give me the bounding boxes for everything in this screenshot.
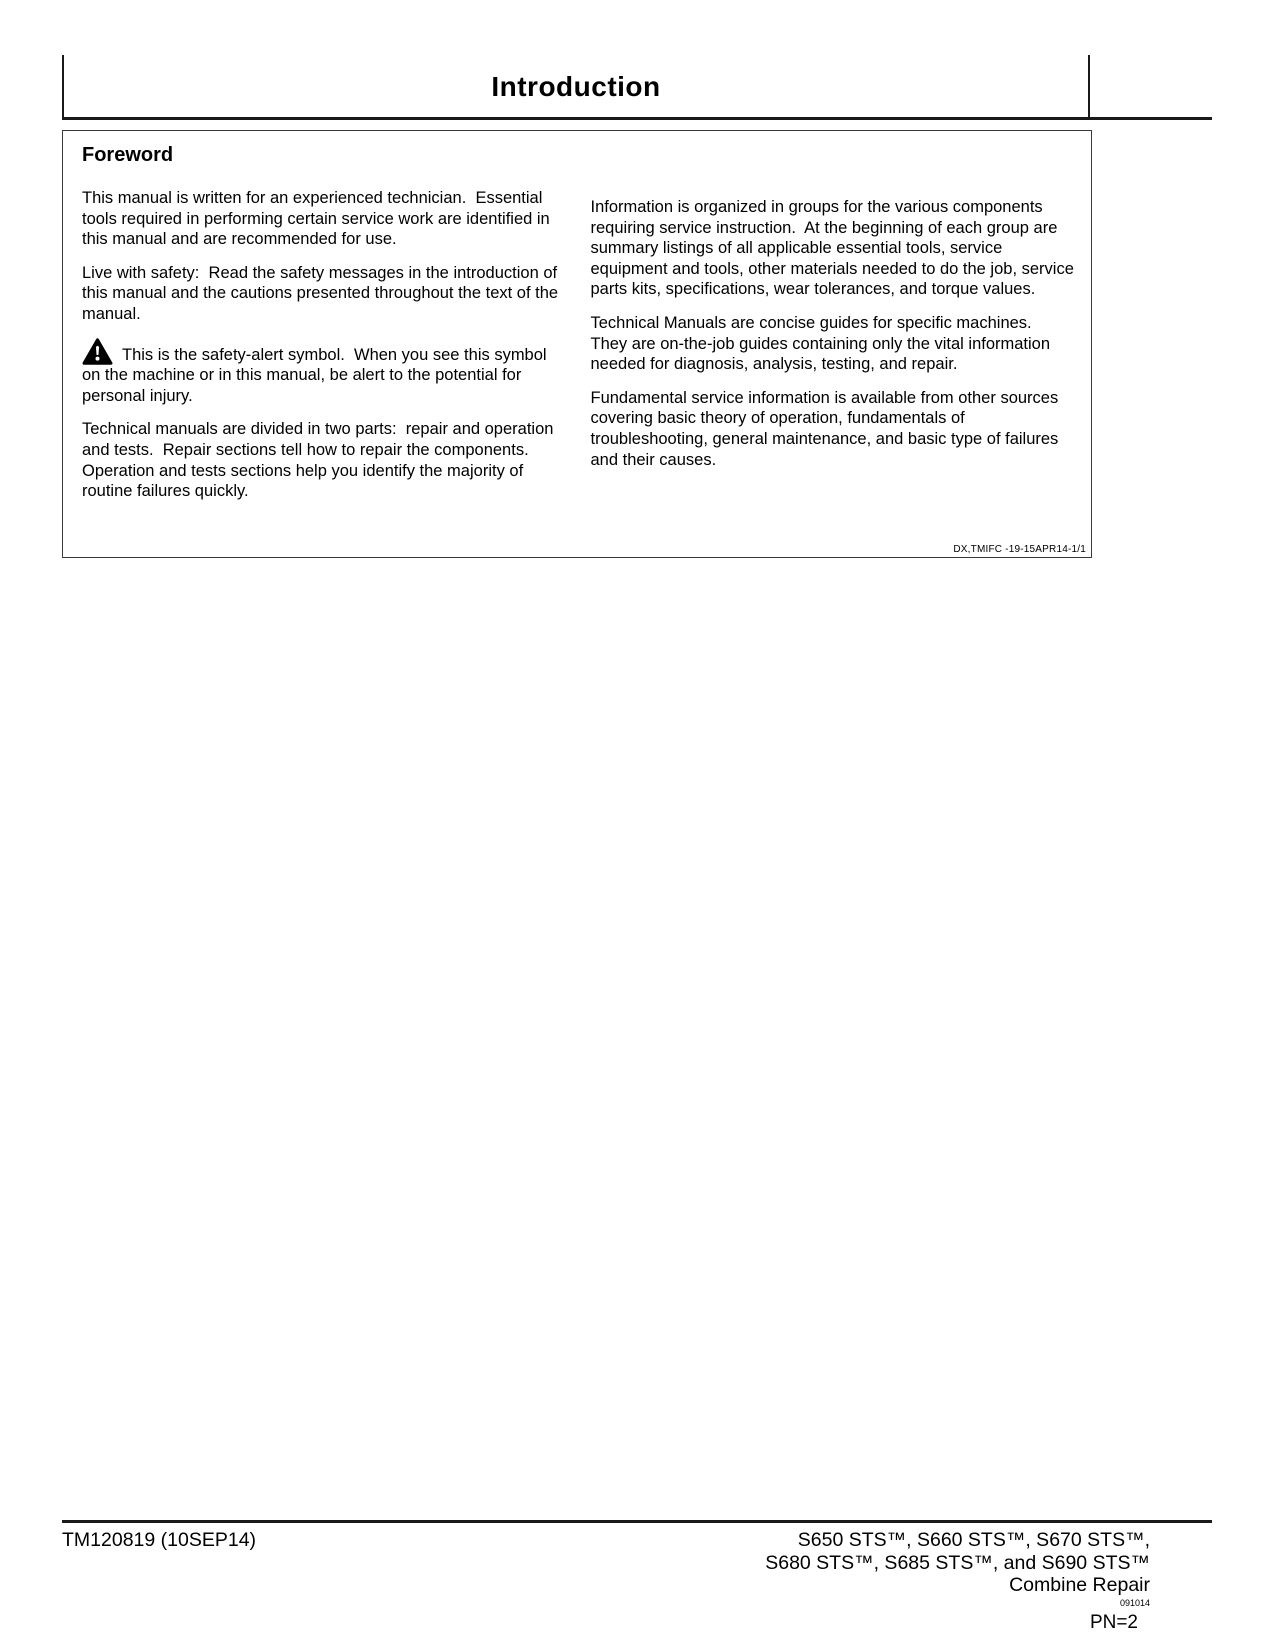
models-line: S650 STS™, S660 STS™, S670 STS™,	[765, 1529, 1150, 1552]
page-title: Introduction	[491, 71, 660, 103]
section-reference-code: DX,TMIFC -19-15APR14-1/1	[953, 544, 1086, 555]
page-header: Introduction	[62, 55, 1090, 118]
safety-alert-icon	[82, 338, 113, 365]
paragraph: Information is organized in groups for t…	[591, 197, 1078, 300]
paragraph: Technical manuals are divided in two par…	[82, 419, 569, 501]
paragraph-text: This is the safety-alert symbol. When yo…	[82, 346, 551, 405]
header-rule	[62, 117, 1212, 120]
paragraph: Technical Manuals are concise guides for…	[591, 313, 1078, 375]
paragraph: This manual is written for an experience…	[82, 188, 569, 250]
page-number: PN=2	[765, 1612, 1150, 1635]
footer-model-block: S650 STS™, S660 STS™, S670 STS™, S680 ST…	[765, 1529, 1150, 1634]
paragraph: Live with safety: Read the safety messag…	[82, 263, 569, 325]
manual-page: Introduction Foreword This manual is wri…	[0, 0, 1275, 1650]
paragraph: Fundamental service information is avail…	[591, 388, 1078, 470]
document-number: TM120819 (10SEP14)	[62, 1529, 256, 1552]
print-code: 091014	[765, 1598, 1150, 1609]
footer-rule	[62, 1520, 1212, 1523]
right-column: Information is organized in groups for t…	[591, 188, 1078, 515]
section-heading: Foreword	[82, 144, 1077, 167]
foreword-section: Foreword This manual is written for an e…	[62, 130, 1092, 558]
paragraph-safety-alert: This is the safety-alert symbol. When yo…	[82, 338, 569, 407]
models-line: Combine Repair	[765, 1574, 1150, 1597]
two-column-text: This manual is written for an experience…	[82, 188, 1077, 515]
models-line: S680 STS™, S685 STS™, and S690 STS™	[765, 1552, 1150, 1575]
left-column: This manual is written for an experience…	[82, 188, 569, 515]
